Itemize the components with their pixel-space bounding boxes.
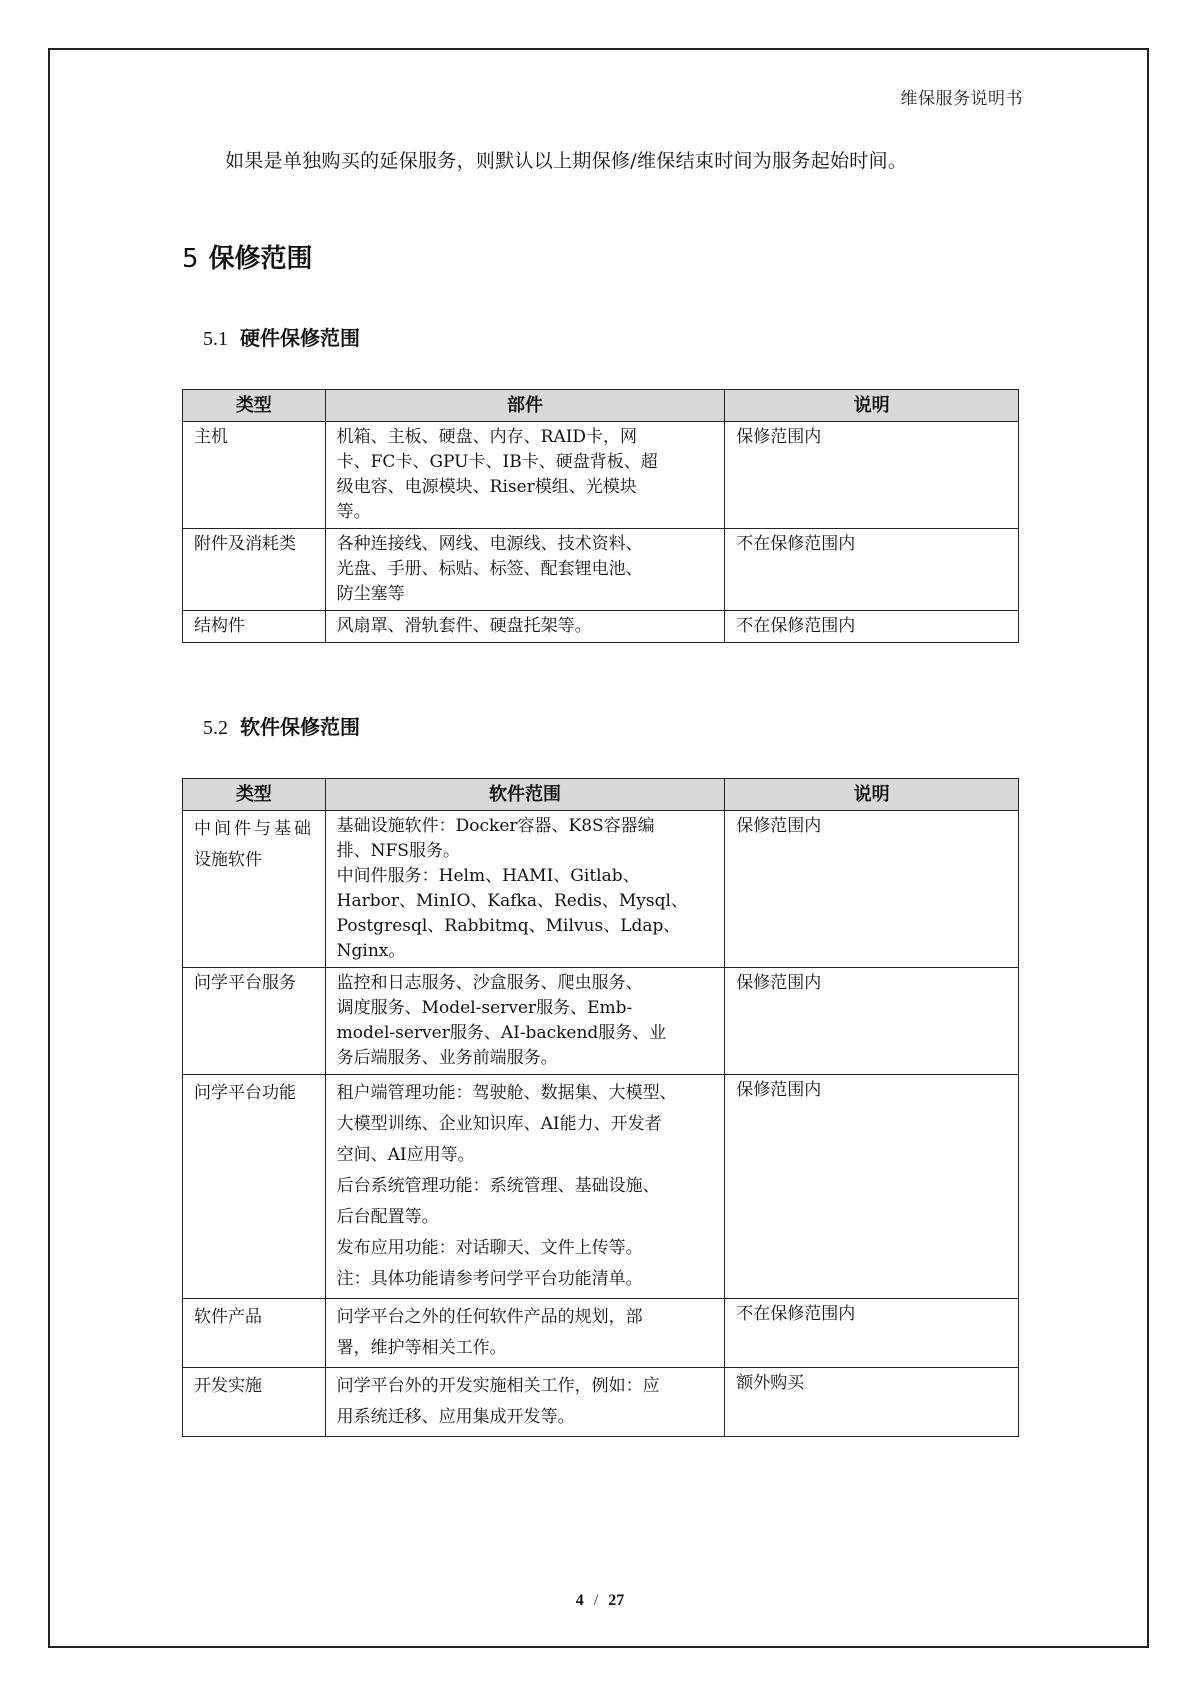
cell-line: 卡、FC卡、GPU卡、IB卡、硬盘背板、超	[337, 450, 715, 475]
page-number: 4/27	[0, 1592, 1200, 1610]
cell-line: 开发实施	[194, 1371, 315, 1402]
column-header-note: 说明	[725, 390, 1019, 422]
cell-scope: 基础设施软件：Docker容器、K8S容器编 排、NFS服务。 中间件服务：He…	[325, 811, 725, 968]
cell-type: 附件及消耗类	[183, 529, 326, 611]
column-header-type: 类型	[183, 779, 326, 811]
column-header-parts: 部件	[325, 390, 725, 422]
total-pages: 27	[608, 1592, 624, 1609]
cell-line: Harbor、MinIO、Kafka、Redis、Mysql、	[337, 889, 715, 914]
cell-line: 监控和日志服务、沙盒服务、爬虫服务、	[337, 971, 715, 996]
intro-paragraph: 如果是单独购买的延保服务，则默认以上期保修/维保结束时间为服务起始时间。	[225, 146, 907, 173]
cell-line: 后台配置等。	[337, 1202, 715, 1233]
cell-scope: 问学平台外的开发实施相关工作，例如：应 用系统迁移、应用集成开发等。	[325, 1368, 725, 1437]
hardware-warranty-table: 类型 部件 说明 主机 机箱、主板、硬盘、内存、RAID卡，网 卡、FC卡、GP…	[182, 389, 1019, 643]
table-row: 附件及消耗类 各种连接线、网线、电源线、技术资料、 光盘、手册、标贴、标签、配套…	[183, 529, 1019, 611]
cell-note: 保修范围内	[725, 811, 1019, 968]
running-header: 维保服务说明书	[901, 84, 1024, 109]
cell-line: Nginx。	[337, 939, 715, 964]
cell-line: 后台系统管理功能：系统管理、基础设施、	[337, 1171, 715, 1202]
cell-line: 中间件与基础	[194, 814, 315, 845]
subsection-heading-software: 5.2软件保修范围	[203, 711, 360, 740]
current-page: 4	[576, 1592, 584, 1609]
cell-line: 问学平台之外的任何软件产品的规划，部	[337, 1302, 715, 1333]
cell-line: 务后端服务、业务前端服务。	[337, 1046, 715, 1071]
cell-line: 问学平台外的开发实施相关工作，例如：应	[337, 1371, 715, 1402]
cell-parts: 机箱、主板、硬盘、内存、RAID卡，网 卡、FC卡、GPU卡、IB卡、硬盘背板、…	[325, 422, 725, 529]
cell-line: 发布应用功能：对话聊天、文件上传等。	[337, 1233, 715, 1264]
cell-parts: 各种连接线、网线、电源线、技术资料、 光盘、手册、标贴、标签、配套锂电池、 防尘…	[325, 529, 725, 611]
cell-line: 中间件服务：Helm、HAMI、Gitlab、	[337, 864, 715, 889]
cell-scope: 问学平台之外的任何软件产品的规划，部 署，维护等相关工作。	[325, 1299, 725, 1368]
cell-type: 开发实施	[183, 1368, 326, 1437]
cell-line: 基础设施软件：Docker容器、K8S容器编	[337, 814, 715, 839]
cell-line: 软件产品	[194, 1302, 315, 1333]
section-number: 5	[182, 244, 199, 274]
cell-type: 问学平台服务	[183, 968, 326, 1075]
software-warranty-table: 类型 软件范围 说明 中间件与基础 设施软件 基础设施软件：Docker容器、K…	[182, 778, 1019, 1437]
subsection-title: 软件保修范围	[240, 715, 360, 739]
cell-note: 保修范围内	[725, 1075, 1019, 1299]
cell-note: 不在保修范围内	[725, 529, 1019, 611]
cell-note: 保修范围内	[725, 968, 1019, 1075]
cell-parts: 风扇罩、滑轨套件、硬盘托架等。	[325, 611, 725, 643]
cell-line: 风扇罩、滑轨套件、硬盘托架等。	[337, 614, 715, 639]
cell-note: 不在保修范围内	[725, 1299, 1019, 1368]
subsection-number: 5.1	[203, 328, 228, 350]
table-header-row: 类型 部件 说明	[183, 390, 1019, 422]
cell-line: 防尘塞等	[337, 582, 715, 607]
table-row: 中间件与基础 设施软件 基础设施软件：Docker容器、K8S容器编 排、NFS…	[183, 811, 1019, 968]
column-header-note: 说明	[725, 779, 1019, 811]
cell-line: 注：具体功能请参考问学平台功能清单。	[337, 1264, 715, 1295]
cell-line: 设施软件	[194, 845, 315, 876]
table-header-row: 类型 软件范围 说明	[183, 779, 1019, 811]
cell-type: 结构件	[183, 611, 326, 643]
table-row: 问学平台功能 租户端管理功能：驾驶舱、数据集、大模型、 大模型训练、企业知识库、…	[183, 1075, 1019, 1299]
cell-line: 租户端管理功能：驾驶舱、数据集、大模型、	[337, 1078, 715, 1109]
subsection-title: 硬件保修范围	[240, 326, 360, 350]
table-row: 软件产品 问学平台之外的任何软件产品的规划，部 署，维护等相关工作。 不在保修范…	[183, 1299, 1019, 1368]
cell-note: 保修范围内	[725, 422, 1019, 529]
cell-type: 问学平台功能	[183, 1075, 326, 1299]
table-row: 开发实施 问学平台外的开发实施相关工作，例如：应 用系统迁移、应用集成开发等。 …	[183, 1368, 1019, 1437]
cell-line: 各种连接线、网线、电源线、技术资料、	[337, 532, 715, 557]
cell-line: 署，维护等相关工作。	[337, 1333, 715, 1364]
cell-line: 级电容、电源模块、Riser模组、光模块	[337, 475, 715, 500]
cell-line: 排、NFS服务。	[337, 839, 715, 864]
section-title: 保修范围	[209, 244, 313, 274]
cell-scope: 监控和日志服务、沙盒服务、爬虫服务、 调度服务、Model-server服务、E…	[325, 968, 725, 1075]
cell-scope: 租户端管理功能：驾驶舱、数据集、大模型、 大模型训练、企业知识库、AI能力、开发…	[325, 1075, 725, 1299]
cell-type: 软件产品	[183, 1299, 326, 1368]
page-separator: /	[594, 1592, 598, 1609]
cell-line: 等。	[337, 500, 715, 525]
subsection-number: 5.2	[203, 717, 228, 739]
table-row: 结构件 风扇罩、滑轨套件、硬盘托架等。 不在保修范围内	[183, 611, 1019, 643]
cell-line: 光盘、手册、标贴、标签、配套锂电池、	[337, 557, 715, 582]
cell-line: 空间、AI应用等。	[337, 1140, 715, 1171]
cell-type: 主机	[183, 422, 326, 529]
subsection-heading-hardware: 5.1硬件保修范围	[203, 322, 360, 351]
cell-note: 不在保修范围内	[725, 611, 1019, 643]
cell-line: 调度服务、Model-server服务、Emb-	[337, 996, 715, 1021]
cell-line: 用系统迁移、应用集成开发等。	[337, 1402, 715, 1433]
cell-line: 机箱、主板、硬盘、内存、RAID卡，网	[337, 425, 715, 450]
column-header-scope: 软件范围	[325, 779, 725, 811]
cell-line: Postgresql、Rabbitmq、Milvus、Ldap、	[337, 914, 715, 939]
table-row: 主机 机箱、主板、硬盘、内存、RAID卡，网 卡、FC卡、GPU卡、IB卡、硬盘…	[183, 422, 1019, 529]
section-heading: 5保修范围	[182, 238, 313, 275]
cell-line: model-server服务、AI-backend服务、业	[337, 1021, 715, 1046]
cell-line: 问学平台服务	[194, 971, 315, 996]
cell-type: 中间件与基础 设施软件	[183, 811, 326, 968]
cell-line: 大模型训练、企业知识库、AI能力、开发者	[337, 1109, 715, 1140]
column-header-type: 类型	[183, 390, 326, 422]
cell-note: 额外购买	[725, 1368, 1019, 1437]
cell-line: 问学平台功能	[194, 1078, 315, 1109]
table-row: 问学平台服务 监控和日志服务、沙盒服务、爬虫服务、 调度服务、Model-ser…	[183, 968, 1019, 1075]
